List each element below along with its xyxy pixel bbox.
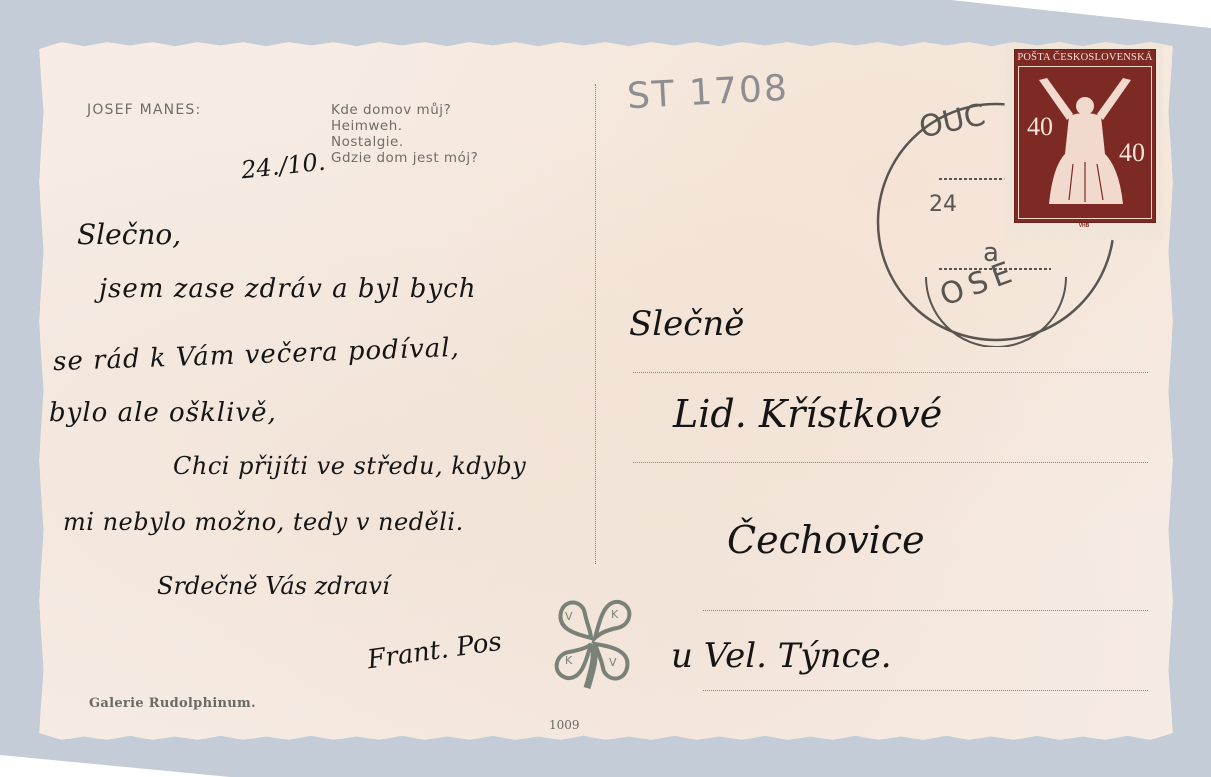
signature: Frant. Pos <box>366 627 504 676</box>
message-line: bylo ale ošklivě, <box>49 398 277 428</box>
stamp-value-right: 40 <box>1119 138 1145 168</box>
message-line: Slečno, <box>77 218 181 251</box>
stamp-value-left: 40 <box>1027 112 1053 142</box>
address-rule <box>703 610 1148 611</box>
title-french: Nostalgie. <box>331 134 478 150</box>
svg-text:K: K <box>611 608 619 621</box>
message-line: jsem zase zdráv a byl bych <box>99 274 476 304</box>
postcard: JOSEF MANES: Kde domov můj? Heimweh. Nos… <box>39 42 1173 740</box>
address-rule <box>633 372 1148 373</box>
artist-label: JOSEF MANES: <box>87 102 201 118</box>
postage-stamp: POŠTA ČESKOSLOVENSKÁ 40 40 VHB <box>1004 41 1164 241</box>
message-line: se rád k Vám večera podíval, <box>53 333 461 377</box>
stamp-imprint: VHB <box>1004 223 1164 229</box>
message-line: Chci přijíti ve středu, kdyby <box>173 452 526 480</box>
address-line: Slečně <box>629 304 744 344</box>
background-corner <box>0 755 230 777</box>
center-divider <box>595 84 596 564</box>
four-leaf-clover-logo: V K V K <box>547 594 639 690</box>
stamp-design: POŠTA ČESKOSLOVENSKÁ 40 40 <box>1014 49 1156 223</box>
title-polish: Gdzie dom jest mój? <box>331 150 478 166</box>
address-line: Lid. Křístkové <box>673 392 942 436</box>
message-line: mi nebylo možno, tedy v neděli. <box>63 508 464 536</box>
address-line: u Vel. Týnce. <box>671 636 892 676</box>
address-rule <box>703 690 1148 691</box>
address-rule <box>633 462 1148 463</box>
handwritten-date: 24./10. <box>240 148 327 185</box>
pencil-inventory-note: ST 1708 <box>626 68 790 117</box>
stamp-country: POŠTA ČESKOSLOVENSKÁ <box>1015 52 1155 63</box>
postmark-date: 24 <box>929 192 957 217</box>
svg-text:V: V <box>565 610 573 623</box>
background-corner <box>951 0 1211 28</box>
address-line: Čechovice <box>727 518 925 562</box>
title-german: Heimweh. <box>331 118 478 134</box>
svg-text:V: V <box>609 656 617 669</box>
artwork-titles: Kde domov můj? Heimweh. Nostalgie. Gdzie… <box>331 102 478 166</box>
catalog-number: 1009 <box>549 718 580 732</box>
gallery-credit: Galerie Rudolphinum. <box>89 696 256 711</box>
svg-text:K: K <box>565 654 573 667</box>
message-line: Srdečně Vás zdraví <box>157 572 390 600</box>
title-czech: Kde domov můj? <box>331 102 478 118</box>
